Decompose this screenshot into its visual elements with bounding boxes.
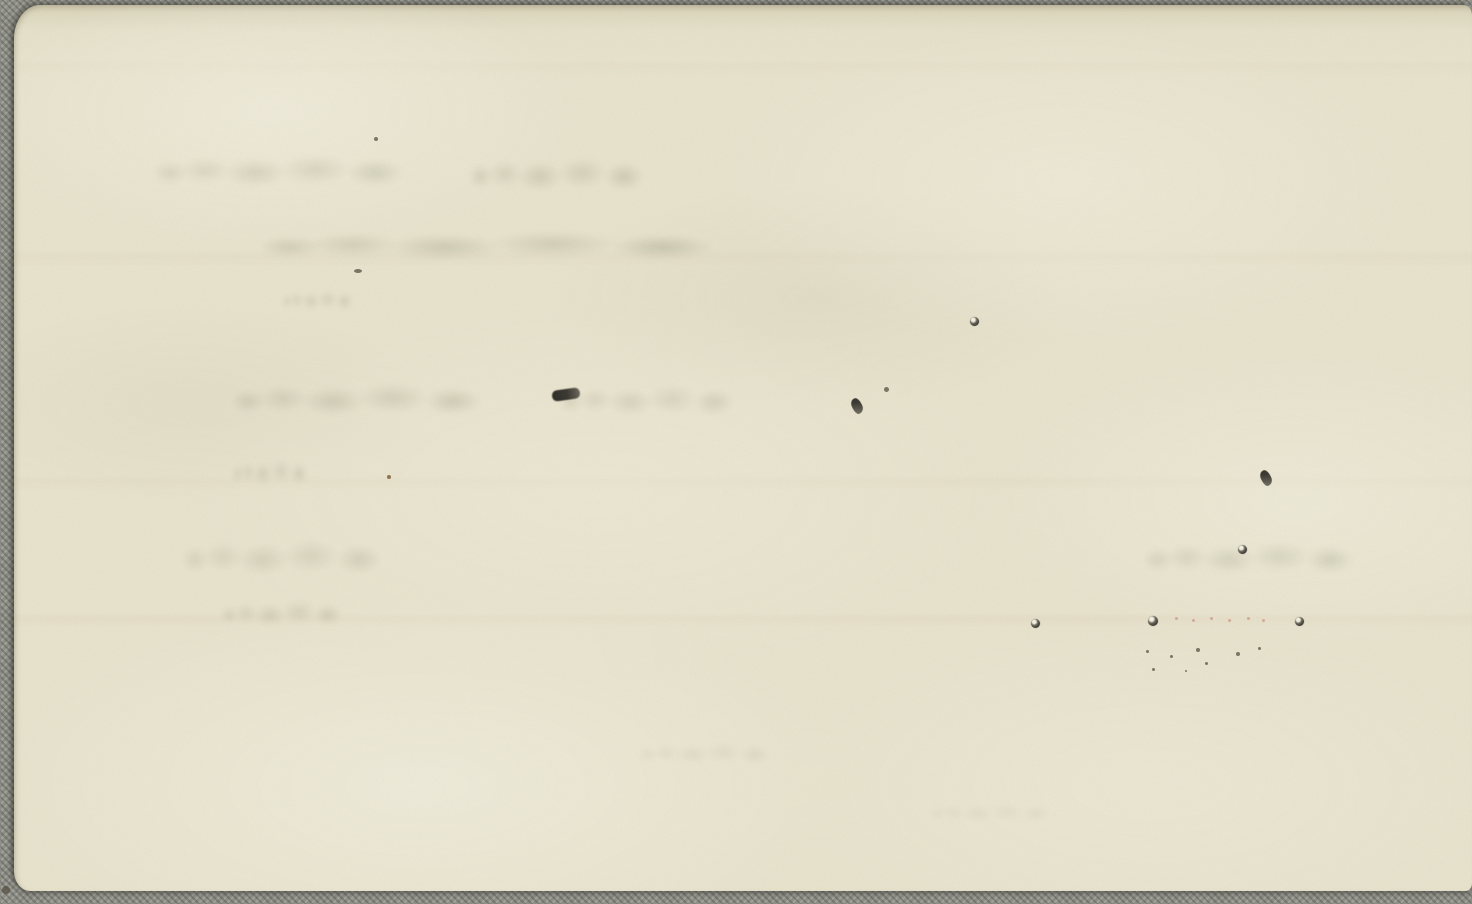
paper-mottling bbox=[14, 5, 1472, 891]
ink-speck-dot bbox=[2, 886, 10, 894]
postcard-back bbox=[14, 5, 1472, 891]
paper-grain-texture bbox=[14, 5, 1472, 891]
scanner-bed bbox=[0, 0, 1472, 904]
